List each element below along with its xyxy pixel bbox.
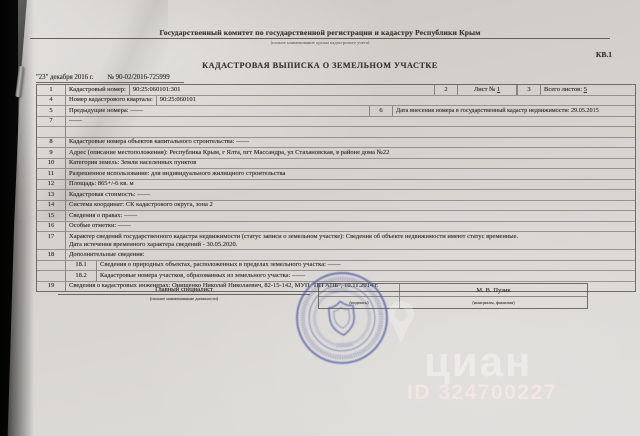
- row-cadastral-number: 1 Кадастровый номер: 90:25:060101:301 2 …: [37, 85, 635, 96]
- total-sheets-cell: Всего листов: 5: [541, 85, 635, 95]
- row-additional-info: 18 Дополнительные сведения:: [37, 250, 635, 261]
- registry-entry-date: Дата внесения номера в государственный к…: [393, 106, 635, 116]
- document-title: КАДАСТРОВАЯ ВЫПИСКА О ЗЕМЕЛЬНОМ УЧАСТКЕ: [30, 61, 610, 70]
- page-edge-shadow: [0, 0, 34, 436]
- authority-caption: (полное наименование органа кадастрового…: [30, 40, 610, 45]
- col-number-2: 2: [434, 85, 458, 95]
- issue-date: "23" декабря 2016 г.: [36, 74, 93, 81]
- position-caption: (полное наименование должности): [58, 296, 310, 301]
- quarter-label: Номер кадастрового квартала:: [66, 96, 157, 106]
- sub-row-number: 18.2: [66, 271, 97, 281]
- row-permitted-use: 11 Разрешенное использование: для индиви…: [37, 169, 635, 180]
- row-previous-numbers: 5 Предыдущие номера: —— 6 Дата внесения …: [37, 106, 635, 117]
- row-area: 12 Площадь: 865+/-6 кв. м: [37, 180, 635, 191]
- row-coordinate-system: 14 Система координат: СК кадастрового ок…: [37, 201, 635, 212]
- previous-numbers: Предыдущие номера: ——: [66, 106, 369, 116]
- sub-row-number: 18.1: [66, 261, 97, 271]
- signatory-name-cell: М. В. Пузик (инициалы, фамилия): [400, 284, 587, 308]
- spacer-row: [37, 127, 635, 138]
- name-caption: (инициалы, фамилия): [400, 297, 587, 308]
- address-value: Адрес (описание местоположения): Республ…: [66, 148, 635, 158]
- authority-name: Государственный комитет по государственн…: [30, 28, 610, 39]
- signatory-name: М. В. Пузик: [400, 284, 587, 297]
- col-number-3: 3: [517, 85, 541, 95]
- row-7: 7 ——: [37, 117, 635, 128]
- sheet-number: 1: [497, 86, 500, 93]
- document-number: № 90-02/2016-725999: [107, 74, 169, 81]
- row-special-notes: 16 Особые отметки: ——: [37, 222, 635, 233]
- total-sheets-number: 5: [584, 86, 587, 93]
- date-and-number-line: "23" декабря 2016 г.№ 90-02/2016-725999: [36, 74, 184, 83]
- row-quarter-number: 4 Номер кадастрового квартала: 90:25:060…: [37, 96, 635, 107]
- col-number-6: 6: [369, 106, 393, 116]
- record-status-text: Характер сведений государственного кадас…: [66, 232, 635, 249]
- quarter-value: 90:25:060101: [157, 96, 635, 106]
- row-land-category: 10 Категория земель: Земли населенных пу…: [37, 159, 635, 170]
- row-capital-structures: 8 Кадастровые номера объектов капитально…: [37, 138, 635, 149]
- cadastral-table: 1 Кадастровый номер: 90:25:060101:301 2 …: [36, 84, 636, 292]
- document-photo: Государственный комитет по государственн…: [0, 0, 640, 436]
- row-record-status: 17 Характер сведений государственного ка…: [37, 232, 635, 250]
- cadastral-number-label: Кадастровый номер:: [66, 85, 130, 95]
- official-seal-icon: [288, 264, 396, 372]
- row-cadastral-value: 13 Кадастровая стоимость: ——: [37, 190, 635, 201]
- cadastral-number-value: 90:25:060101:301: [130, 85, 434, 95]
- form-code: КВ.1: [596, 50, 612, 59]
- signatory-position: Главный специалист: [58, 286, 310, 295]
- row-number: 1: [37, 85, 66, 95]
- sheet-cell: Лист № 1: [458, 85, 517, 95]
- area-value: Площадь: 865+/-6 кв. м: [66, 180, 635, 190]
- signatory-position-block: Главный специалист (полное наименование …: [58, 286, 310, 301]
- row-rights-info: 15 Сведения о правах: ——: [37, 211, 635, 222]
- row-address: 9 Адрес (описание местоположения): Респу…: [37, 148, 635, 159]
